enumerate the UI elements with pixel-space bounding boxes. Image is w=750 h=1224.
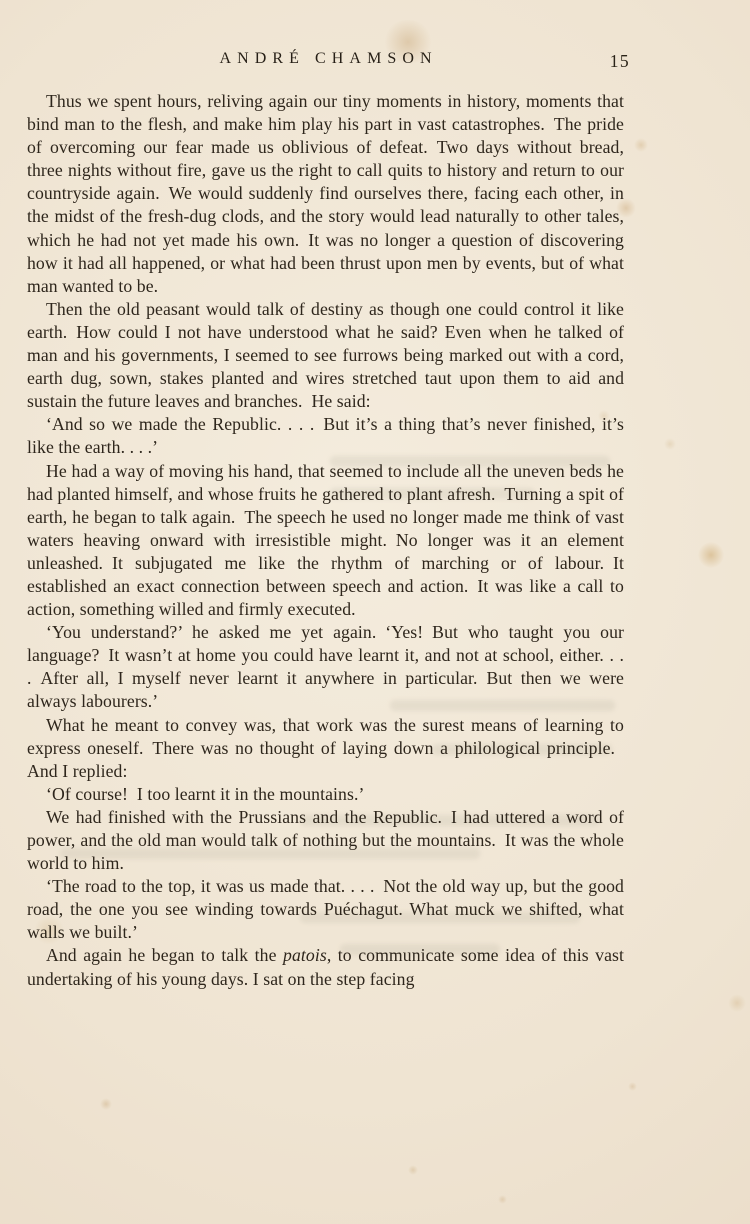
paragraph-5-dialogue: ‘You understand?’ he asked me yet again.… [27,621,624,713]
paper-stain [408,1165,418,1175]
paragraph-8: We had finished with the Prussians and t… [27,806,624,875]
paragraph-9-dialogue: ‘The road to the top, it was us made tha… [27,875,624,944]
paper-stain [498,1195,507,1204]
paper-stain [628,1082,637,1091]
italic-word-patois: patois [283,945,327,965]
paragraph-3-dialogue: ‘And so we made the Republic. . . . But … [27,413,624,459]
running-head-author: ANDRÉ CHAMSON [27,50,624,68]
paragraph-2: Then the old peasant would talk of desti… [27,298,624,413]
paragraph-4: He had a way of moving his hand, that se… [27,460,624,622]
paper-stain [634,138,648,152]
paper-stain [100,1098,112,1110]
paragraph-10-text-before: And again he began to talk the [46,945,283,965]
paragraph-7-dialogue: ‘Of course! I too learnt it in the mount… [27,783,624,806]
page-number: 15 [610,51,630,72]
paragraph-10: And again he began to talk the patois, t… [27,944,624,990]
paper-stain [664,438,676,450]
book-page-scan: ANDRÉ CHAMSON 15 Thus we spent hours, re… [0,0,750,1224]
paragraph-1: Thus we spent hours, reliving again our … [27,90,624,298]
running-head: ANDRÉ CHAMSON 15 [27,50,624,78]
text-column: ANDRÉ CHAMSON 15 Thus we spent hours, re… [27,50,624,991]
paper-stain [728,994,746,1012]
paper-stain [698,542,724,568]
paragraph-6: What he meant to convey was, that work w… [27,714,624,783]
